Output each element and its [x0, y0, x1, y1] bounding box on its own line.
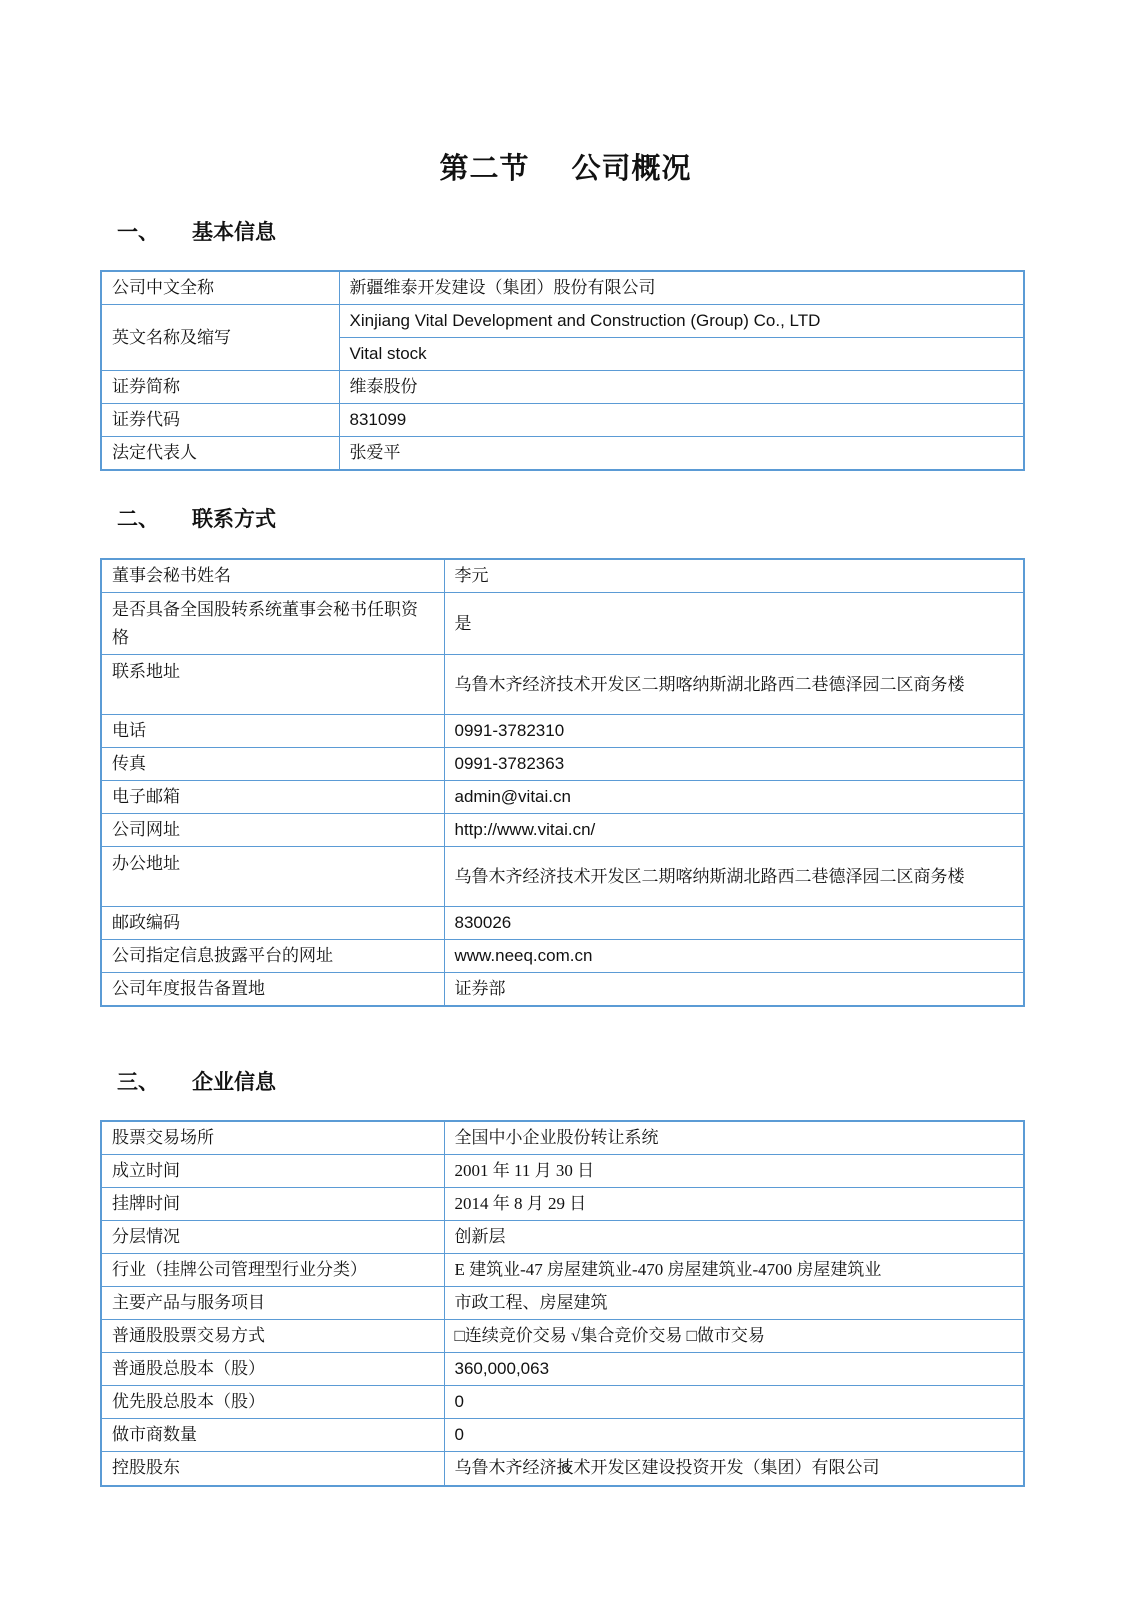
row-value: http://www.vitai.cn/	[444, 814, 1024, 847]
row-value: 维泰股份	[339, 371, 1024, 404]
row-label: 普通股股票交易方式	[101, 1320, 444, 1353]
row-label: 电话	[101, 715, 444, 748]
table-row: 法定代表人 张爱平	[101, 437, 1024, 471]
row-value: 李元	[444, 559, 1024, 593]
table-row: 公司中文全称 新疆维泰开发建设（集团）股份有限公司	[101, 271, 1024, 305]
row-label: 股票交易场所	[101, 1121, 444, 1155]
row-label: 行业（挂牌公司管理型行业分类）	[101, 1254, 444, 1287]
table-row: 股票交易场所 全国中小企业股份转让系统	[101, 1121, 1024, 1155]
row-value: 证券部	[444, 973, 1024, 1007]
page-number: 6	[0, 1460, 1131, 1477]
row-label: 公司指定信息披露平台的网址	[101, 940, 444, 973]
row-value: www.neeq.com.cn	[444, 940, 1024, 973]
row-value: 0	[444, 1419, 1024, 1452]
page-title-text: 公司概况	[572, 153, 692, 185]
row-label: 邮政编码	[101, 907, 444, 940]
row-value: admin@vitai.cn	[444, 781, 1024, 814]
row-value: E 建筑业-47 房屋建筑业-470 房屋建筑业-4700 房屋建筑业	[444, 1254, 1024, 1287]
row-value: 831099	[339, 404, 1024, 437]
row-label: 公司网址	[101, 814, 444, 847]
row-label: 董事会秘书姓名	[101, 559, 444, 593]
row-value: 市政工程、房屋建筑	[444, 1287, 1024, 1320]
row-label: 主要产品与服务项目	[101, 1287, 444, 1320]
table-row: 行业（挂牌公司管理型行业分类） E 建筑业-47 房屋建筑业-470 房屋建筑业…	[101, 1254, 1024, 1287]
row-value: 0991-3782310	[444, 715, 1024, 748]
table-row: 优先股总股本（股） 0	[101, 1386, 1024, 1419]
row-label: 英文名称及缩写	[101, 305, 339, 371]
company-info-table: 股票交易场所 全国中小企业股份转让系统 成立时间 2001 年 11 月 30 …	[100, 1120, 1025, 1487]
section-heading-company-info: 三、企业信息	[117, 1066, 276, 1096]
row-label: 做市商数量	[101, 1419, 444, 1452]
row-value: 全国中小企业股份转让系统	[444, 1121, 1024, 1155]
table-row: 邮政编码 830026	[101, 907, 1024, 940]
row-label: 证券简称	[101, 371, 339, 404]
contact-info-table: 董事会秘书姓名 李元 是否具备全国股转系统董事会秘书任职资格 是 联系地址 乌鲁…	[100, 558, 1025, 1007]
table-row: 公司网址 http://www.vitai.cn/	[101, 814, 1024, 847]
row-label: 分层情况	[101, 1221, 444, 1254]
table-row: 证券简称 维泰股份	[101, 371, 1024, 404]
page-title: 第二节公司概况	[0, 146, 1131, 187]
row-value: □连续竞价交易 √集合竞价交易 □做市交易	[444, 1320, 1024, 1353]
row-value: 0	[444, 1386, 1024, 1419]
row-value: 张爱平	[339, 437, 1024, 471]
row-label: 公司年度报告备置地	[101, 973, 444, 1007]
section-title: 企业信息	[192, 1071, 276, 1094]
row-label: 法定代表人	[101, 437, 339, 471]
table-row: 成立时间 2001 年 11 月 30 日	[101, 1155, 1024, 1188]
table-row: 董事会秘书姓名 李元	[101, 559, 1024, 593]
row-label: 联系地址	[101, 655, 444, 715]
table-row: 办公地址 乌鲁木齐经济技术开发区二期喀纳斯湖北路西二巷德泽园二区商务楼	[101, 847, 1024, 907]
basic-info-table: 公司中文全称 新疆维泰开发建设（集团）股份有限公司 英文名称及缩写 Xinjia…	[100, 270, 1025, 471]
row-value: 0991-3782363	[444, 748, 1024, 781]
section-title: 基本信息	[192, 221, 276, 244]
row-value: 360,000,063	[444, 1353, 1024, 1386]
row-value: 830026	[444, 907, 1024, 940]
table-row: 分层情况 创新层	[101, 1221, 1024, 1254]
row-label: 优先股总股本（股）	[101, 1386, 444, 1419]
row-label: 电子邮箱	[101, 781, 444, 814]
document-page: 第二节公司概况 一、基本信息 公司中文全称 新疆维泰开发建设（集团）股份有限公司…	[0, 0, 1131, 1600]
row-value: 新疆维泰开发建设（集团）股份有限公司	[339, 271, 1024, 305]
row-label: 办公地址	[101, 847, 444, 907]
table-row: 挂牌时间 2014 年 8 月 29 日	[101, 1188, 1024, 1221]
row-label: 公司中文全称	[101, 271, 339, 305]
section-heading-basic-info: 一、基本信息	[117, 216, 276, 246]
row-label: 挂牌时间	[101, 1188, 444, 1221]
table-row: 联系地址 乌鲁木齐经济技术开发区二期喀纳斯湖北路西二巷德泽园二区商务楼	[101, 655, 1024, 715]
table-row: 英文名称及缩写 Xinjiang Vital Development and C…	[101, 305, 1024, 338]
section-number: 一、	[117, 216, 192, 246]
section-heading-contact-info: 二、联系方式	[117, 503, 276, 533]
row-label: 证券代码	[101, 404, 339, 437]
table-row: 主要产品与服务项目 市政工程、房屋建筑	[101, 1287, 1024, 1320]
table-row: 电子邮箱 admin@vitai.cn	[101, 781, 1024, 814]
section-number: 三、	[117, 1066, 192, 1096]
table-row: 证券代码 831099	[101, 404, 1024, 437]
row-value: 2001 年 11 月 30 日	[444, 1155, 1024, 1188]
table-row: 电话 0991-3782310	[101, 715, 1024, 748]
row-value: 乌鲁木齐经济技术开发区二期喀纳斯湖北路西二巷德泽园二区商务楼	[444, 655, 1024, 715]
row-value: Xinjiang Vital Development and Construct…	[339, 305, 1024, 338]
table-row: 公司指定信息披露平台的网址 www.neeq.com.cn	[101, 940, 1024, 973]
table-row: 普通股总股本（股） 360,000,063	[101, 1353, 1024, 1386]
table-row: 做市商数量 0	[101, 1419, 1024, 1452]
row-label: 传真	[101, 748, 444, 781]
table-row: 普通股股票交易方式 □连续竞价交易 √集合竞价交易 □做市交易	[101, 1320, 1024, 1353]
section-title: 联系方式	[192, 508, 276, 531]
row-label: 成立时间	[101, 1155, 444, 1188]
section-number: 二、	[117, 503, 192, 533]
row-value: Vital stock	[339, 338, 1024, 371]
page-title-section-no: 第二节	[439, 153, 529, 185]
row-label: 是否具备全国股转系统董事会秘书任职资格	[101, 593, 444, 655]
table-row: 公司年度报告备置地 证券部	[101, 973, 1024, 1007]
row-value: 乌鲁木齐经济技术开发区二期喀纳斯湖北路西二巷德泽园二区商务楼	[444, 847, 1024, 907]
table-row: 是否具备全国股转系统董事会秘书任职资格 是	[101, 593, 1024, 655]
row-value: 是	[444, 593, 1024, 655]
row-label: 普通股总股本（股）	[101, 1353, 444, 1386]
table-row: 传真 0991-3782363	[101, 748, 1024, 781]
row-value: 创新层	[444, 1221, 1024, 1254]
row-value: 2014 年 8 月 29 日	[444, 1188, 1024, 1221]
